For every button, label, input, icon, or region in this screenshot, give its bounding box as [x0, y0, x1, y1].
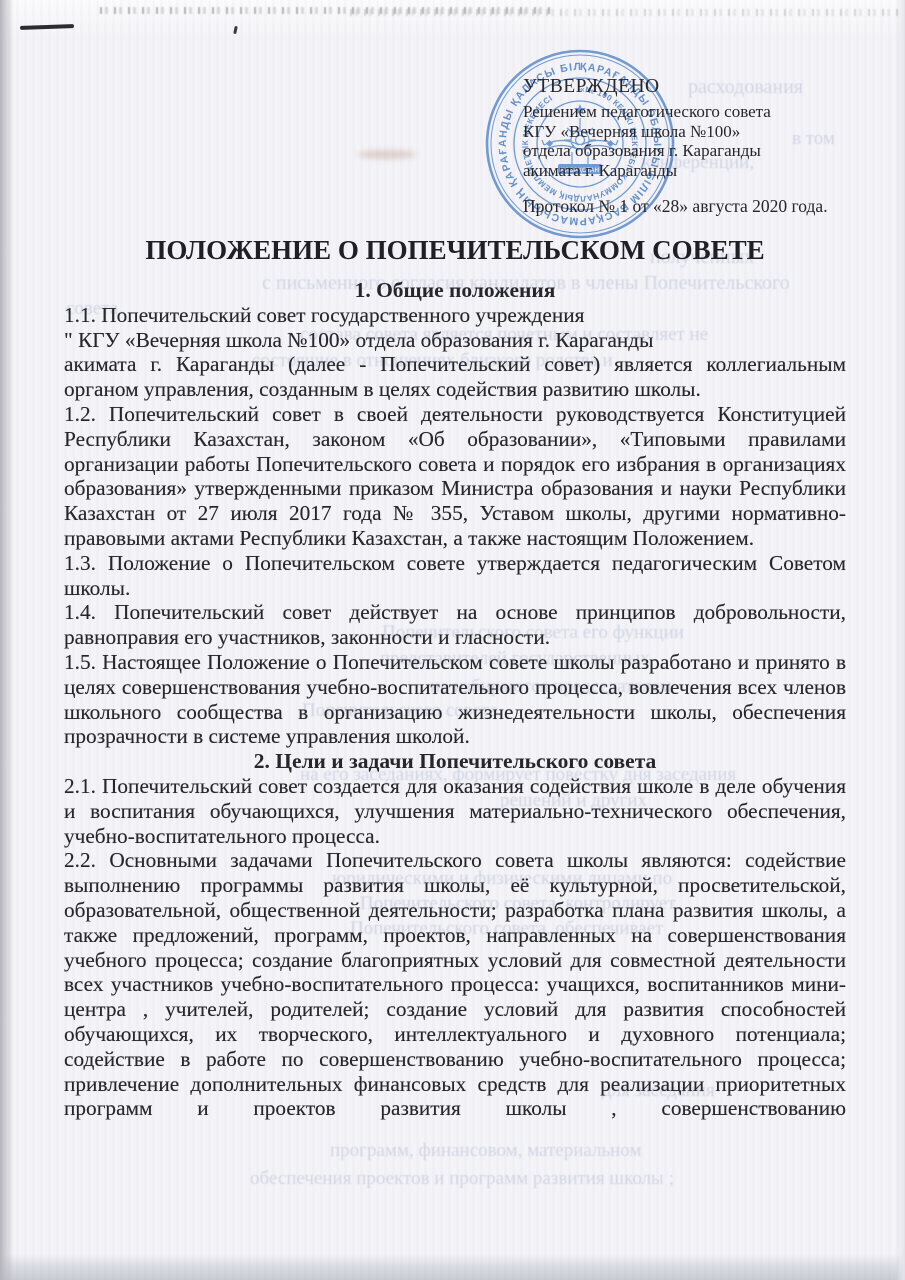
bleedthrough-text: обеспечения проектов и программ развития…	[250, 1168, 674, 1190]
approval-line: Решением педагогического совета	[523, 102, 873, 122]
small-ink-mark	[233, 26, 238, 34]
pen-mark	[20, 24, 74, 30]
paragraph-1-1-rest: акимата г. Караганды (далее - Попечитель…	[64, 352, 846, 402]
document-body: ПОЛОЖЕНИЕ О ПОПЕЧИТЕЛЬСКОМ СОВЕТЕ 1. Общ…	[64, 234, 846, 1121]
scan-noise-band	[350, 9, 900, 16]
approved-label: УТВЕРЖДЕНО	[523, 76, 873, 98]
approval-line: акимата г. Караганды	[523, 161, 873, 181]
paragraph-1-5: 1.5. Настоящее Положение о Попечительско…	[64, 650, 846, 749]
section-1-heading: 1. Общие положения	[64, 278, 846, 303]
approval-line: КГУ «Вечерняя школа №100»	[523, 122, 873, 142]
paragraph-2-2: 2.2. Основными задачами Попечительского …	[64, 848, 846, 1121]
document-title: ПОЛОЖЕНИЕ О ПОПЕЧИТЕЛЬСКОМ СОВЕТЕ	[64, 234, 846, 266]
paragraph-1-1-line1: 1.1. Попечительский совет государственно…	[64, 303, 846, 328]
paper-smudge	[358, 150, 416, 159]
scanned-document-page: расходования в том конференции, полученн…	[0, 0, 905, 1280]
approval-line: отдела образования г. Караганды	[523, 141, 873, 161]
approval-block: УТВЕРЖДЕНО Решением педагогического сове…	[523, 76, 873, 217]
paragraph-2-1: 2.1. Попечительский совет создается для …	[64, 774, 846, 848]
paragraph-1-3: 1.3. Положение о Попечительском совете у…	[64, 551, 846, 601]
section-2-heading: 2. Цели и задачи Попечительского совета	[64, 749, 846, 774]
protocol-line: Протокол № 1 от «28» августа 2020 года.	[523, 196, 873, 217]
paragraph-1-1-line2: " КГУ «Вечерняя школа №100» отдела образ…	[64, 328, 846, 353]
paragraph-1-4: 1.4. Попечительский совет действует на о…	[64, 600, 846, 650]
paragraph-1-2: 1.2. Попечительский совет в своей деятел…	[64, 402, 846, 551]
bleedthrough-text: программ, финансовом, материальном	[330, 1140, 641, 1162]
